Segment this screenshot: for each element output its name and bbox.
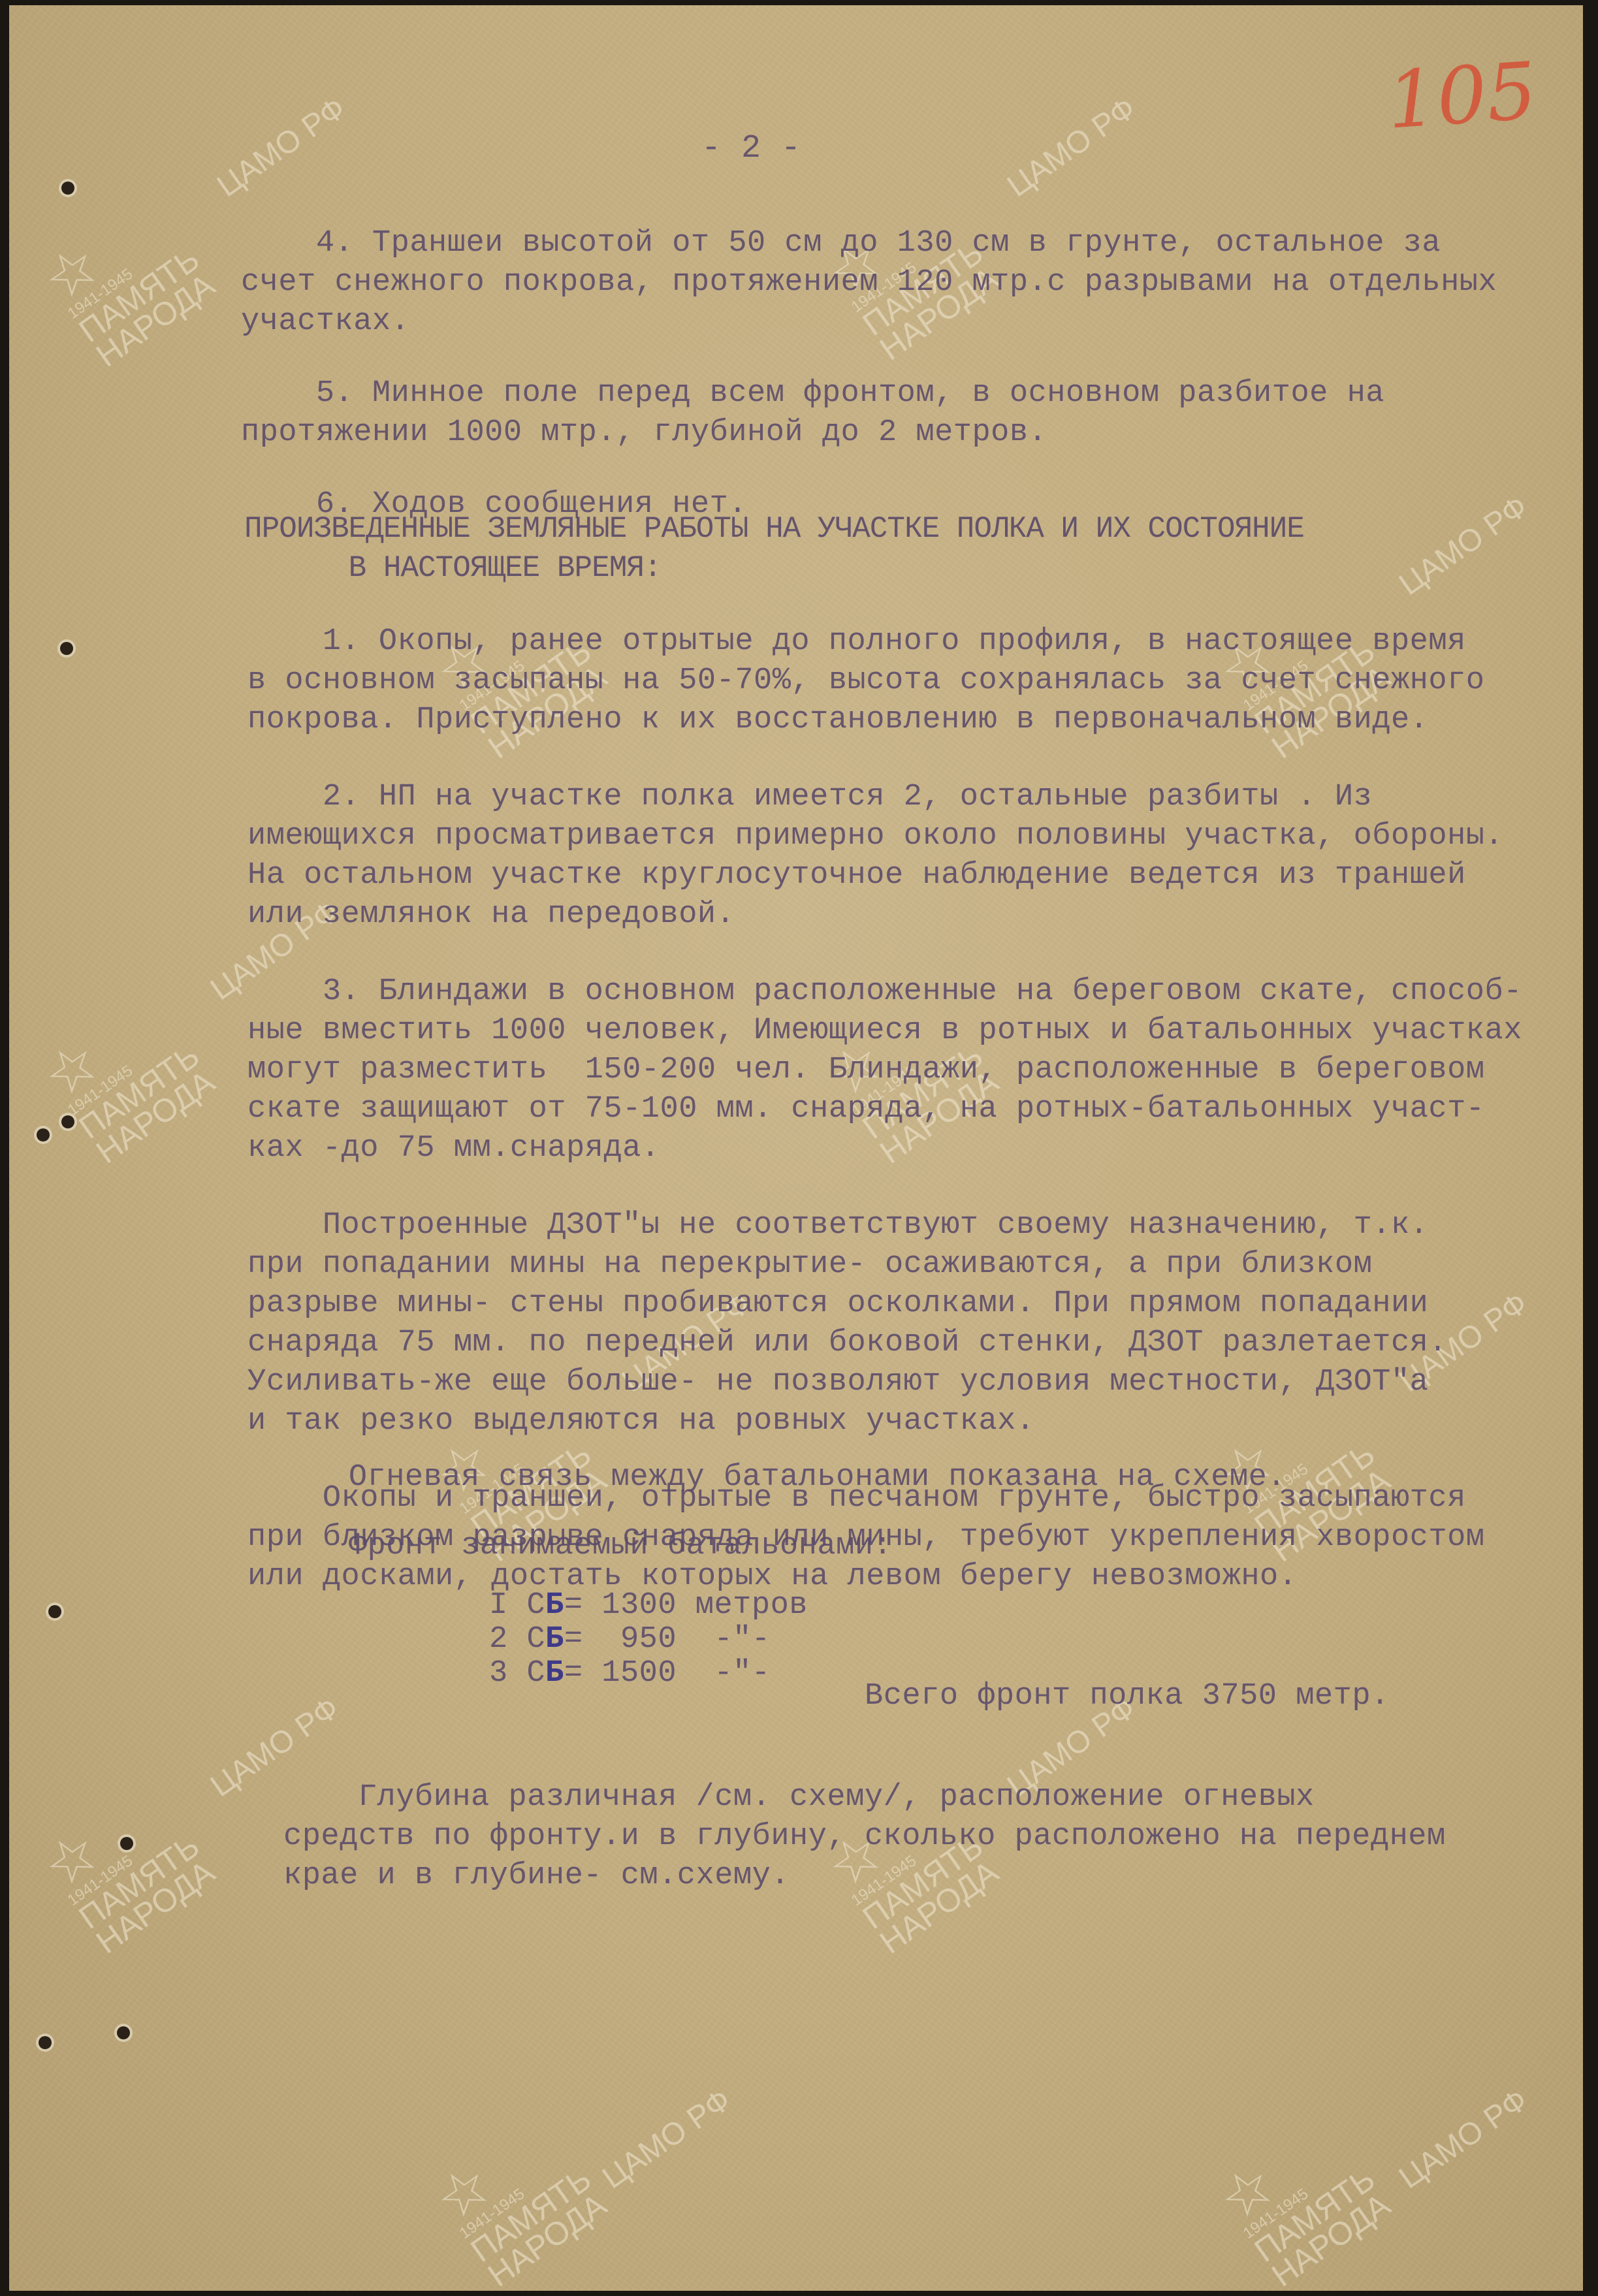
battalion-abbrev-correction: Б: [545, 1588, 564, 1623]
text-line: скате защищают от 75-100 мм. снаряда, на…: [248, 1090, 1522, 1129]
star-icon: ☆: [35, 187, 178, 309]
battalion-front-length: = 950 -"-: [564, 1622, 771, 1657]
heading-line: ПРОИЗВЕДЕННЫЕ ЗЕМЛЯНЫЕ РАБОТЫ НА УЧАСТКЕ…: [244, 509, 1304, 549]
archive-sheet-number: 105: [1384, 46, 1539, 147]
text-line: или землянок на передовой.: [248, 895, 1522, 934]
battalion-front-length: = 1500 -"-: [564, 1656, 771, 1691]
text-line: разрыве мины- стены пробиваются осколкам…: [248, 1284, 1522, 1324]
closing-paragraph: Глубина различная /см. схему/, расположе…: [283, 1778, 1446, 1896]
star-icon: ☆: [427, 2107, 569, 2229]
watermark-archive: ЦАМО РФ: [210, 90, 352, 204]
binder-hole: [48, 1605, 61, 1618]
text-line: участках.: [241, 302, 1497, 342]
binder-hole: [61, 182, 74, 195]
binder-hole: [61, 1115, 74, 1128]
front-label: Фронт занимаемый батальонами:: [274, 1527, 892, 1566]
watermark-archive: ЦАМО РФ: [596, 2082, 737, 2196]
text-line: крае и в глубине- см.схему.: [283, 1857, 1446, 1896]
text-line: На остальном участке круглосуточное набл…: [248, 856, 1522, 895]
text-line: Построенные ДЗОТ"ы не соответствуют свое…: [248, 1206, 1522, 1245]
star-icon: ☆: [35, 1774, 178, 1896]
text-line: 2. НП на участке полка имеется 2, осталь…: [248, 778, 1522, 817]
battalion-abbrev-correction: Б: [545, 1622, 564, 1657]
text-line: покрова. Приступлено к их восстановлению…: [248, 701, 1522, 740]
text-line: ные вместить 1000 человек, Имеющиеся в р…: [248, 1012, 1522, 1051]
text-line: 4. Траншеи высотой от 50 см до 130 см в …: [241, 224, 1497, 263]
paragraph: 3. Блиндажи в основном расположенные на …: [248, 972, 1522, 1168]
text-line: могут разместить 150-200 чел. Блиндажи, …: [248, 1051, 1522, 1090]
battalions-list: I СБ= 1300 метров2 СБ= 950 -"-3 СБ= 1500…: [489, 1589, 808, 1691]
watermark-project: ☆ 1941-1945 ПАМЯТЬ НАРОДА: [35, 187, 221, 371]
battalion-row: 2 СБ= 950 -"-: [489, 1623, 808, 1657]
text-line: Усиливать-же еще больше- не позволяют ус…: [248, 1363, 1522, 1402]
star-icon: ☆: [1211, 2107, 1353, 2229]
battalion-row: 3 СБ= 1500 -"-: [489, 1657, 808, 1691]
text-line: средств по фронту.и в глубину, сколько р…: [283, 1817, 1446, 1857]
fire-link-paragraph: Огневая связь между батальонами показана…: [274, 1458, 1286, 1497]
text-line: 5. Минное поле перед всем фронтом, в осн…: [241, 374, 1497, 413]
battalion-number: 3 С: [489, 1656, 545, 1691]
binder-hole: [117, 2026, 130, 2039]
watermark-project: ☆ 1941-1945 ПАМЯТЬ НАРОДА: [1211, 2107, 1397, 2291]
watermark-project: ☆ 1941-1945 ПАМЯТЬ НАРОДА: [35, 984, 221, 1168]
text-line: имеющихся просматривается примерно около…: [248, 817, 1522, 856]
paragraph: 2. НП на участке полка имеется 2, осталь…: [248, 778, 1522, 934]
paragraph: 5. Минное поле перед всем фронтом, в осн…: [241, 374, 1497, 453]
battalion-number: 2 С: [489, 1622, 545, 1657]
battalion-abbrev-correction: Б: [545, 1656, 564, 1691]
text-line: в основном засыпаны на 50-70%, высота со…: [248, 662, 1522, 701]
section-heading: ПРОИЗВЕДЕННЫЕ ЗЕМЛЯНЫЕ РАБОТЫ НА УЧАСТКЕ…: [244, 509, 1304, 588]
watermark-archive: ЦАМО РФ: [1392, 2082, 1534, 2196]
text-line: протяжении 1000 мтр., глубиной до 2 метр…: [241, 413, 1497, 453]
page-number: - 2 -: [701, 129, 801, 168]
binder-hole: [60, 642, 73, 655]
battalion-front-length: = 1300 метров: [564, 1588, 808, 1623]
text-line: 3. Блиндажи в основном расположенные на …: [248, 972, 1522, 1012]
binder-hole: [39, 2036, 52, 2049]
watermark-project: ☆ 1941-1945 ПАМЯТЬ НАРОДА: [35, 1774, 221, 1958]
battalion-number: I С: [489, 1588, 545, 1623]
items-first-block: 4. Траншеи высотой от 50 см до 130 см в …: [241, 224, 1497, 557]
text-line: 1. Окопы, ранее отрытые до полного профи…: [248, 622, 1522, 662]
text-line: снаряда 75 мм. по передней или боковой с…: [248, 1324, 1522, 1363]
text-line: ках -до 75 мм.снаряда.: [248, 1129, 1522, 1168]
text-line: при попадании мины на перекрытие- осажив…: [248, 1245, 1522, 1284]
binder-hole: [120, 1837, 133, 1850]
text-line: Глубина различная /см. схему/, расположе…: [283, 1778, 1446, 1817]
paragraph: Построенные ДЗОТ"ы не соответствуют свое…: [248, 1206, 1522, 1441]
battalion-row: I СБ= 1300 метров: [489, 1589, 808, 1623]
paragraph: 4. Траншеи высотой от 50 см до 130 см в …: [241, 224, 1497, 342]
total-front: Всего фронт полка 3750 метр.: [865, 1677, 1390, 1716]
star-icon: ☆: [35, 984, 178, 1106]
text-line: счет снежного покрова, протяжением 120 м…: [241, 263, 1497, 302]
watermark-archive: ЦАМО РФ: [1000, 90, 1142, 204]
watermark-project: ☆ 1941-1945 ПАМЯТЬ НАРОДА: [427, 2107, 613, 2291]
binder-hole: [37, 1128, 50, 1141]
text-line: и так резко выделяются на ровных участка…: [248, 1402, 1522, 1441]
document-page: ЦАМО РФ ЦАМО РФ ЦАМО РФ ЦАМО РФ ЦАМО РФ …: [9, 5, 1583, 2291]
paragraph: 1. Окопы, ранее отрытые до полного профи…: [248, 622, 1522, 740]
heading-line: В НАСТОЯЩЕЕ ВРЕМЯ:: [244, 549, 1304, 588]
